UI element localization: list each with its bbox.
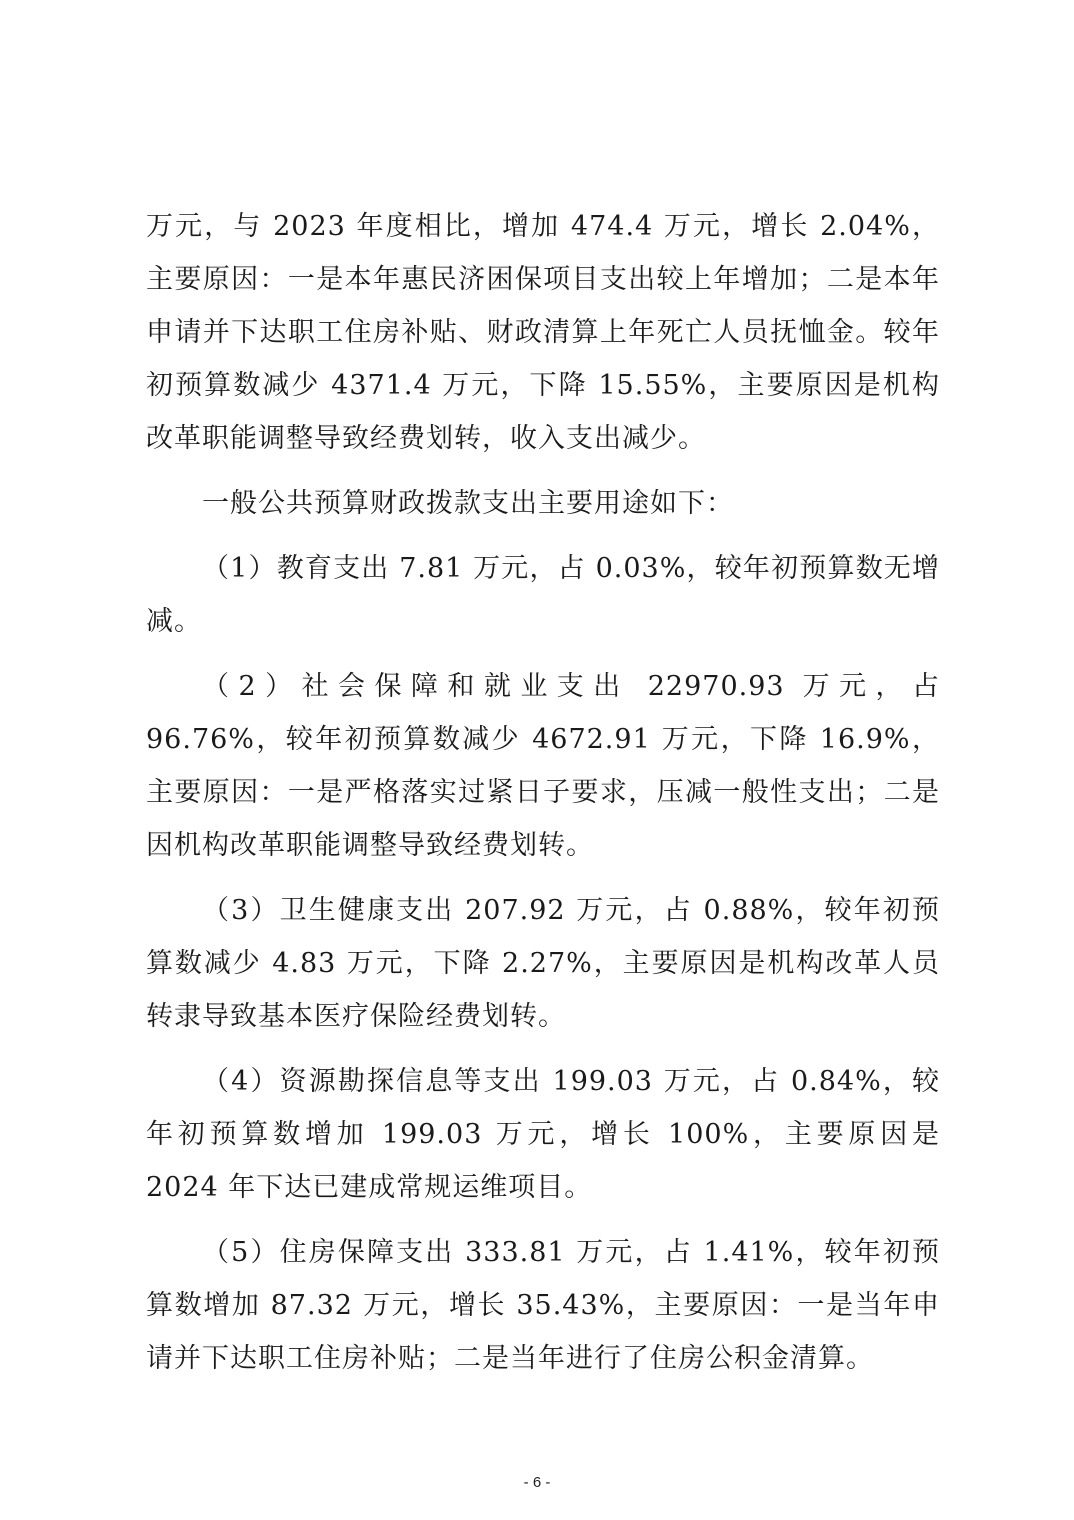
page-number: - 6 - xyxy=(0,1474,1074,1491)
paragraph-intro: 一般公共预算财政拨款支出主要用途如下： xyxy=(146,477,940,530)
paragraph-education: （1）教育支出 7.81 万元，占 0.03%，较年初预算数无增减。 xyxy=(146,542,940,648)
document-page: 万元，与 2023 年度相比，增加 474.4 万元，增长 2.04%，主要原因… xyxy=(0,0,1074,1520)
paragraph-summary: 万元，与 2023 年度相比，增加 474.4 万元，增长 2.04%，主要原因… xyxy=(146,200,940,465)
paragraph-health: （3）卫生健康支出 207.92 万元，占 0.88%，较年初预算数减少 4.8… xyxy=(146,884,940,1043)
paragraph-resource-exploration: （4）资源勘探信息等支出 199.03 万元，占 0.84%，较年初预算数增加 … xyxy=(146,1055,940,1214)
paragraph-housing: （5）住房保障支出 333.81 万元，占 1.41%，较年初预算数增加 87.… xyxy=(146,1226,940,1385)
document-body: 万元，与 2023 年度相比，增加 474.4 万元，增长 2.04%，主要原因… xyxy=(146,200,940,1385)
paragraph-social-security: （2）社会保障和就业支出 22970.93 万元，占 96.76%，较年初预算数… xyxy=(146,660,940,872)
